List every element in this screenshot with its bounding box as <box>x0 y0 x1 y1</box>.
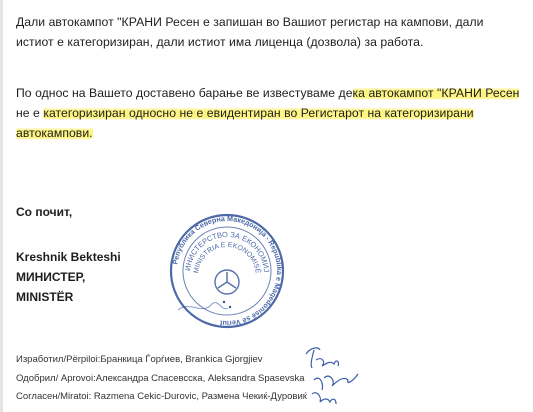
ministry-stamp-icon: Република Северна Македонија - Republika… <box>168 212 286 330</box>
response-text: По однос на Вашето доставено барање ве и… <box>16 86 353 100</box>
highlighted-text: автокампови. <box>16 126 93 140</box>
response-text: не е <box>16 106 43 120</box>
signatory-name: Kreshnik Bekteshi <box>16 250 121 264</box>
signatory-title-mk: МИНИСТЕР, <box>16 270 85 284</box>
signatory-title-sq: MINISTËR <box>16 290 73 304</box>
response-line-3: автокампови. <box>16 123 518 143</box>
handwritten-initials-icon <box>300 340 380 412</box>
response-line-1: По однос на Вашето доставено барање ве и… <box>16 83 518 103</box>
response-line-2: не е категоризиран односно не е евиденти… <box>16 103 518 123</box>
request-line-2: истиот е категоризиран, дали истиот има … <box>16 32 518 52</box>
highlighted-text: категоризиран односно не е евидентиран в… <box>43 106 473 120</box>
page-edge <box>0 0 3 412</box>
approved-by: Одобрил/ Aprovoi:Александра Спасевсска, … <box>16 373 305 384</box>
response-paragraph: По однос на Вашето доставено барање ве и… <box>16 83 518 143</box>
prepared-by: Изработил/Përpiloi:Бранкица Ѓорѓиев, Bra… <box>16 354 262 365</box>
highlighted-text: ка автокампот "КРАНИ Ресен <box>353 86 520 100</box>
request-line-1: Дали автокампот "КРАНИ Ресен е запишан в… <box>16 12 518 32</box>
agreed-by: Согласен/Miratoi: Razmena Cekic-Durovic,… <box>16 391 307 402</box>
request-paragraph: Дали автокампот "КРАНИ Ресен е запишан в… <box>16 12 518 52</box>
closing-salutation: Со почит, <box>16 205 72 219</box>
